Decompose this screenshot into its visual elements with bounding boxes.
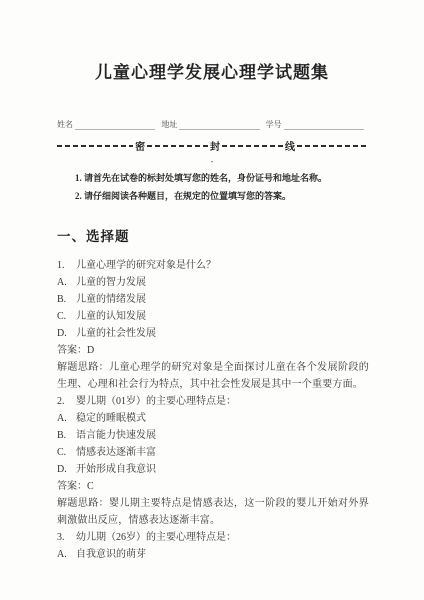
exam-paper-page: 儿童心理学发展心理学试题集 姓名 地址 学号 密 封 线 - 1. 请首先在试卷… [0, 0, 424, 600]
seal-dash-segment [297, 145, 367, 147]
seal-char-mi: 密 [133, 138, 147, 153]
questions-content: 1. 儿童心理学的研究对象是什么？ A. 儿童的智力发展 B. 儿童的情绪发展 … [57, 257, 369, 563]
option-row: B. 儿童的情绪发展 [57, 291, 369, 308]
student-id-field: 学号 [266, 119, 370, 130]
option-label: D. [57, 325, 76, 342]
option-label: B. [57, 291, 76, 308]
question-number: 2. [57, 393, 76, 410]
option-row: A. 稳定的睡眠模式 [57, 410, 369, 427]
option-label: A. [57, 546, 76, 563]
option-label: A. [57, 274, 76, 291]
option-row: C. 情感表达逐渐丰富 [57, 444, 369, 461]
address-field: 地址 [161, 119, 265, 130]
notice-line: 2. 请仔细阅读各种题目，在规定的位置填写您的答案。 [75, 187, 367, 205]
seal-char-xian: 线 [283, 138, 297, 153]
seal-dash-segment [222, 145, 283, 147]
header-fields-row: 姓名 地址 学号 [57, 119, 370, 130]
seal-char-feng: 封 [208, 138, 222, 153]
name-field: 姓名 [57, 119, 161, 130]
option-text: 情感表达逐渐丰富 [76, 444, 156, 461]
option-text: 稳定的睡眠模式 [76, 410, 146, 427]
question-text: 2. 婴儿期（01岁）的主要心理特点是： [57, 393, 369, 410]
option-text: 儿童的情绪发展 [76, 291, 146, 308]
option-row: D. 儿童的社会性发展 [57, 325, 369, 342]
analysis-paragraph: 解题思路：儿童心理学的研究对象是全面探讨儿童在各个发展阶段的生理、心理和社会行为… [57, 359, 369, 393]
option-row: A. 儿童的智力发展 [57, 274, 369, 291]
section-heading: 一、选择题 [57, 225, 424, 245]
question-number: 1. [57, 257, 76, 274]
name-field-blank-line [75, 121, 155, 130]
option-row: B. 语言能力快速发展 [57, 427, 369, 444]
student-id-field-label: 学号 [266, 119, 284, 130]
question-text: 1. 儿童心理学的研究对象是什么？ [57, 257, 369, 274]
option-text: 儿童的认知发展 [76, 308, 146, 325]
question-text: 3. 幼儿期（26岁）的主要心理特点是： [57, 529, 369, 546]
seal-dash-segment [147, 145, 208, 147]
option-row: D. 开始形成自我意识 [57, 461, 369, 478]
option-label: C. [57, 308, 76, 325]
address-field-blank-line [179, 121, 259, 130]
option-label: A. [57, 410, 76, 427]
option-text: 语言能力快速发展 [76, 427, 156, 444]
seal-dash-segment [57, 145, 133, 147]
name-field-label: 姓名 [57, 119, 75, 130]
student-id-field-blank-line [284, 121, 364, 130]
answer-line: 答案：C [57, 478, 369, 495]
option-label: B. [57, 427, 76, 444]
question-number: 3. [57, 529, 76, 546]
address-field-label: 地址 [161, 119, 179, 130]
question-text-label: 婴儿期（01岁）的主要心理特点是： [76, 393, 236, 410]
option-label: C. [57, 444, 76, 461]
notice-line: 1. 请首先在试卷的标封处填写您的姓名，身份证号和地址名称。 [75, 169, 367, 187]
analysis-paragraph: 解题思路：婴儿期主要特点是情感表达，这一阶段的婴儿开始对外界刺激做出反应，情感表… [57, 495, 369, 529]
option-text: 自我意识的萌芽 [76, 546, 146, 563]
answer-line: 答案：D [57, 342, 369, 359]
option-text: 儿童的智力发展 [76, 274, 146, 291]
center-mark: - [0, 159, 424, 165]
option-label: D. [57, 461, 76, 478]
question-text-label: 儿童心理学的研究对象是什么？ [76, 257, 216, 274]
option-text: 儿童的社会性发展 [76, 325, 156, 342]
question-text-label: 幼儿期（26岁）的主要心理特点是： [76, 529, 236, 546]
option-text: 开始形成自我意识 [76, 461, 156, 478]
exam-notices: 1. 请首先在试卷的标封处填写您的姓名，身份证号和地址名称。 2. 请仔细阅读各… [75, 169, 367, 205]
option-row: C. 儿童的认知发展 [57, 308, 369, 325]
page-title: 儿童心理学发展心理学试题集 [0, 0, 424, 83]
seal-line: 密 封 线 [57, 138, 367, 153]
option-row: A. 自我意识的萌芽 [57, 546, 369, 563]
